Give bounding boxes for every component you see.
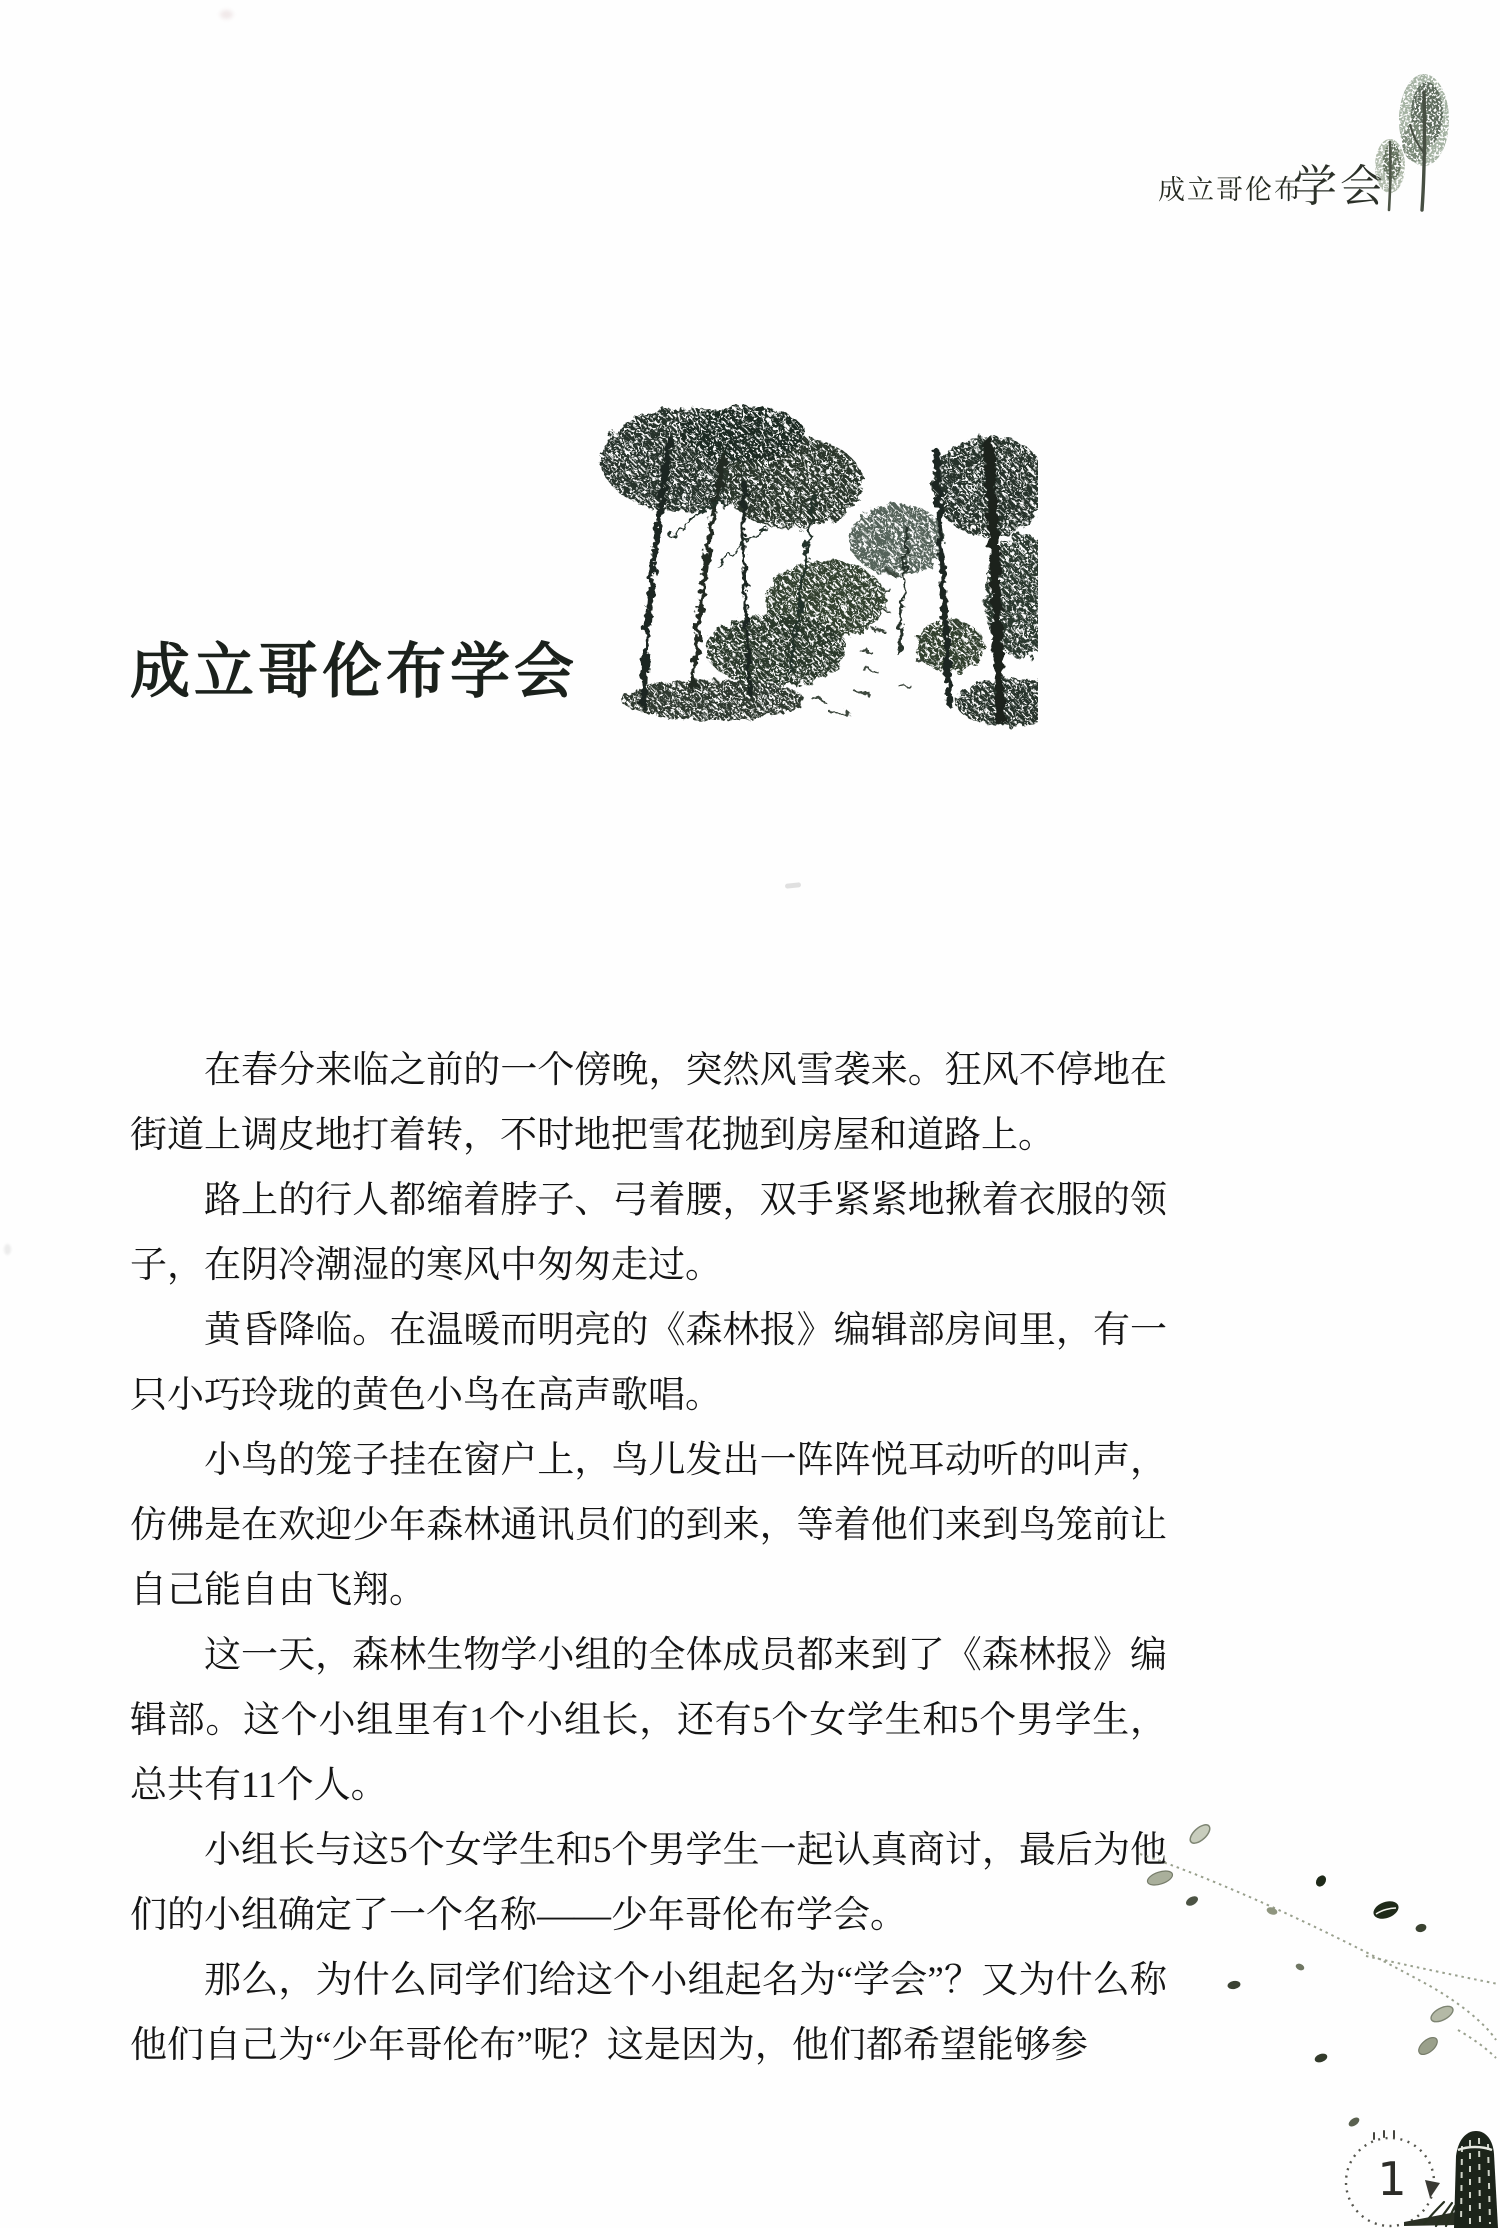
branch-leaves-illustration [1128, 1738, 1500, 2072]
body-paragraph: 那么，为什么同学们给这个小组起名为“学会”？又为什么称他们自己为“少年哥伦布”呢… [130, 1948, 1167, 2078]
body-paragraph: 小组长与这5个女学生和5个男学生一起认真商讨，最后为他们的小组确定了一个名称——… [130, 1818, 1167, 1948]
running-header-prefix: 成立哥伦布 [1158, 168, 1303, 207]
body-text-block: 在春分来临之前的一个傍晚，突然风雪袭来。狂风不停地在街道上调皮地打着转，不时地把… [130, 1038, 1167, 2078]
body-paragraph: 路上的行人都缩着脖子、弓着腰，双手紧紧地揪着衣服的领子，在阴冷潮湿的寒风中匆匆走… [130, 1168, 1167, 1298]
forest-path-illustration [598, 398, 1038, 730]
header-trees-illustration [1370, 72, 1456, 212]
corner-trunk-illustration [1404, 2126, 1500, 2228]
body-paragraph: 小鸟的笼子挂在窗户上，鸟儿发出一阵阵悦耳动听的叫声，仿佛是在欢迎少年森林通讯员们… [130, 1428, 1167, 1623]
body-paragraph: 这一天，森林生物学小组的全体成员都来到了《森林报》编辑部。这个小组里有1个小组长… [130, 1623, 1167, 1818]
book-page: { "page": { "background_color": "#fefefe… [0, 0, 1500, 2228]
scan-artifact-dot [4, 1244, 11, 1255]
chapter-title: 成立哥伦布学会 [130, 624, 578, 710]
body-paragraph: 黄昏降临。在温暖而明亮的《森林报》编辑部房间里，有一只小巧玲珑的黄色小鸟在高声歌… [130, 1298, 1167, 1428]
scan-artifact-dash [785, 882, 801, 889]
scan-artifact-smudge [220, 10, 233, 19]
body-paragraph: 在春分来临之前的一个傍晚，突然风雪袭来。狂风不停地在街道上调皮地打着转，不时地把… [130, 1038, 1167, 1168]
